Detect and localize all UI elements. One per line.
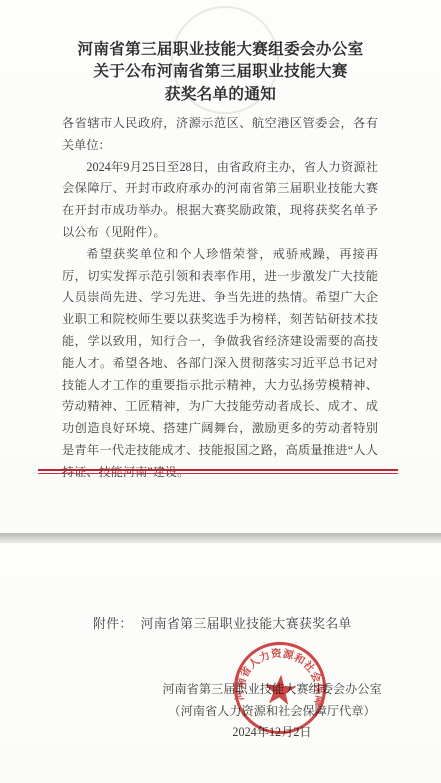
attachment-line: 附件：河南省第三届职业技能大赛获奖名单 [93, 613, 352, 632]
official-seal-graphic: 河南省人力资源和社会保障厅 [228, 636, 332, 740]
page-separator [0, 533, 441, 543]
official-seal: 河南省人力资源和社会保障厅 [228, 636, 332, 740]
seal-star-icon [263, 673, 297, 705]
title-line-2: 关于公布河南省第三届职业技能大赛 [0, 61, 441, 83]
body-paragraph-2: 希望获奖单位和个人珍惜荣誉，戒骄戒躁，再接再厉，切实发挥示范引领和表率作用，进一… [62, 244, 378, 484]
red-divider-line [38, 469, 398, 474]
attachment-label: 附件： [93, 617, 133, 631]
scanned-notice-document: 河南省第三届职业技能大赛组委会办公室 关于公布河南省第三届职业技能大赛 获奖名单… [0, 0, 441, 783]
attachment-title: 河南省第三届职业技能大赛获奖名单 [141, 617, 352, 631]
title-line-1: 河南省第三届职业技能大赛组委会办公室 [0, 39, 441, 61]
salutation: 各省辖市人民政府，济源示范区、航空港区管委会，各有关单位： [62, 113, 378, 157]
document-page-2: 附件：河南省第三届职业技能大赛获奖名单 河南省第三届职业技能大赛组委会办公室 （… [0, 543, 441, 783]
notice-title: 河南省第三届职业技能大赛组委会办公室 关于公布河南省第三届职业技能大赛 获奖名单… [0, 39, 441, 106]
notice-body: 各省辖市人民政府，济源示范区、航空港区管委会，各有关单位： 2024年9月25日… [62, 113, 378, 484]
body-paragraph-1: 2024年9月25日至28日，由省政府主办，省人力资源社会保障厅、开封市政府承办… [62, 157, 378, 244]
document-page-1: 河南省第三届职业技能大赛组委会办公室 关于公布河南省第三届职业技能大赛 获奖名单… [0, 0, 441, 533]
title-line-3: 获奖名单的通知 [0, 84, 441, 106]
